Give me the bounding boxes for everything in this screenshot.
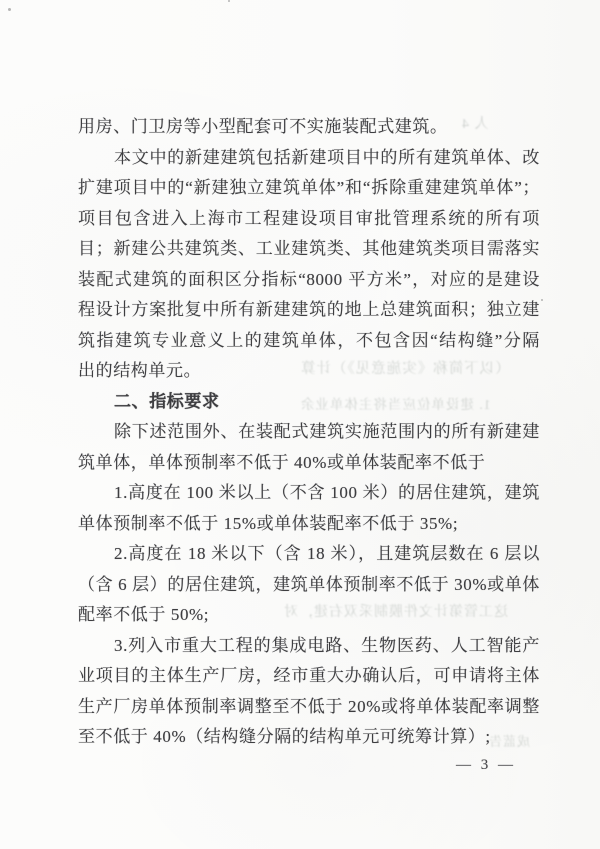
text-line: 本文中的新建建筑包括新建项目中的所有建筑单体、改: [78, 143, 540, 174]
text-line: 1.高度在 100 米以上（不含 100 米）的居住建筑，建筑: [78, 478, 540, 509]
text-line: 筑指建筑专业意义上的建筑单体，不包含因“结构缝”分隔: [78, 326, 540, 357]
text-line: 出的结构单元。: [78, 356, 540, 387]
text-line: 单体预制率不低于 15%或单体装配率不低于 35%;: [78, 509, 540, 540]
page-number: — 3 —: [456, 757, 516, 774]
text-line: （含 6 层）的居住建筑，建筑单体预制率不低于 30%或单体装: [78, 570, 540, 601]
section-heading: 二、指标要求: [78, 387, 540, 418]
text-line: 除下述范围外、在装配式建筑实施范围内的所有新建建: [78, 417, 540, 448]
text-line: 扩建项目中的“新建独立建筑单体”和“拆除重建建筑单体”；: [78, 173, 540, 204]
text-line: 装配式建筑的面积区分指标“8000 平方米”，对应的是建设工: [78, 265, 540, 296]
text-line: 目；新建公共建筑类、工业建筑类、其他建筑类项目需落实: [78, 234, 540, 265]
text-line: 筑单体，单体预制率不低于 40%或单体装配率不低于 60%。: [78, 448, 540, 479]
scan-speck: [541, 299, 543, 301]
scan-speck: [8, 8, 11, 11]
text-line: 3.列入市重大工程的集成电路、生物医药、人工智能产: [78, 631, 540, 662]
document-page: 用房、门卫房等小型配套可不实施装配式建筑。本文中的新建建筑包括新建项目中的所有建…: [0, 0, 600, 849]
text-line: 配率不低于 50%;: [78, 600, 540, 631]
text-line: 用房、门卫房等小型配套可不实施装配式建筑。: [78, 112, 540, 143]
text-line: 业项目的主体生产厂房，经市重大办确认后，可申请将主体: [78, 661, 540, 692]
text-line: 至不低于 40%（结构缝分隔的结构单元可统筹计算）;: [78, 722, 540, 753]
text-line: 2.高度在 18 米以下（含 18 米），且建筑层数在 6 层以下: [78, 539, 540, 570]
scan-speck: [228, 0, 230, 2]
text-line: 程设计方案批复中所有新建建筑的地上总建筑面积；独立建: [78, 295, 540, 326]
text-line: 生产厂房单体预制率调整至不低于 20%或将单体装配率调整: [78, 692, 540, 723]
text-line: 项目包含进入上海市工程建设项目审批管理系统的所有项: [78, 204, 540, 235]
document-body: 用房、门卫房等小型配套可不实施装配式建筑。本文中的新建建筑包括新建项目中的所有建…: [78, 112, 540, 753]
